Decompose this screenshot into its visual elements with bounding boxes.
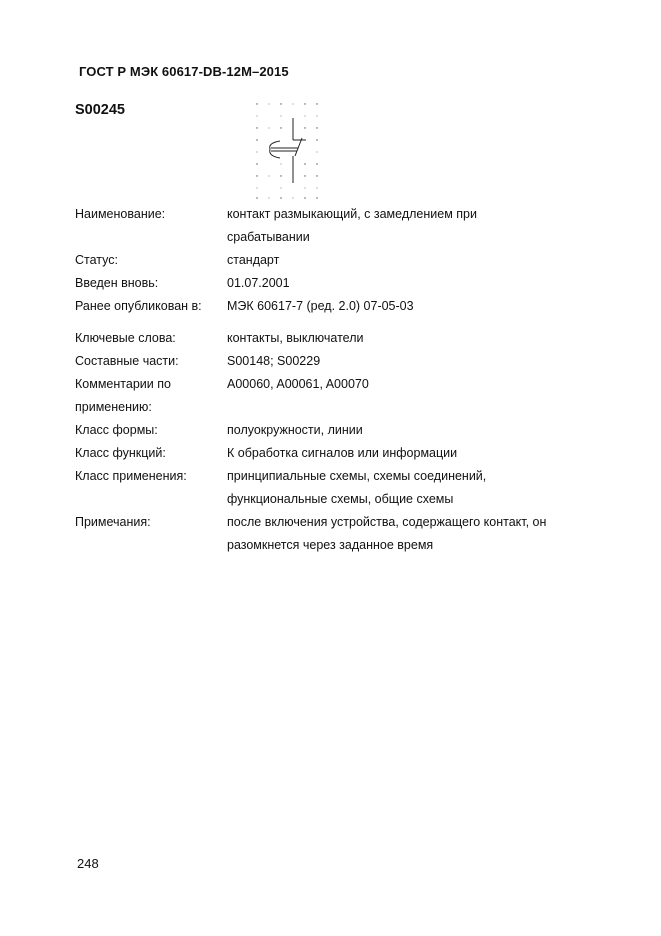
property-value-line: принципиальные схемы, схемы соединений, (227, 465, 595, 488)
property-value: после включения устройства, содержащего … (227, 511, 595, 557)
property-value: стандарт (227, 249, 595, 272)
property-value: МЭК 60617-7 (ред. 2.0) 07-05-03 (227, 295, 595, 318)
property-value: A00060, A00061, A00070 (227, 373, 595, 419)
property-row-status: Статус: стандарт (75, 249, 595, 272)
property-label: Класс применения: (75, 465, 227, 511)
symbol-code: S00245 (75, 102, 125, 118)
property-value-line: функциональные схемы, общие схемы (227, 488, 595, 511)
property-row-application-class: Класс применения: принципиальные схемы, … (75, 465, 595, 511)
property-row-introduced: Введен вновь: 01.07.2001 (75, 272, 595, 295)
property-label: Класс функций: (75, 442, 227, 465)
property-label: Статус: (75, 249, 227, 272)
property-value: полуокружности, линии (227, 419, 595, 442)
property-value-line: контакт размыкающий, с замедлением при (227, 203, 595, 226)
property-row-previously-published: Ранее опубликован в: МЭК 60617-7 (ред. 2… (75, 295, 595, 318)
property-row-shape-class: Класс формы: полуокружности, линии (75, 419, 595, 442)
delayed-break-contact-symbol-icon (250, 98, 325, 202)
property-value: контакты, выключатели (227, 327, 595, 350)
property-row-application-comments: Комментарии по применению: A00060, A0006… (75, 373, 595, 419)
property-value-line: срабатывании (227, 226, 595, 249)
property-value: контакт размыкающий, с замедлением при с… (227, 203, 595, 249)
property-row-components: Составные части: S00148; S00229 (75, 350, 595, 373)
property-value-line: разомкнется через заданное время (227, 534, 595, 557)
property-label: Класс формы: (75, 419, 227, 442)
property-value: S00148; S00229 (227, 350, 595, 373)
property-label: Наименование: (75, 203, 227, 249)
document-header-title: ГОСТ Р МЭК 60617-DB-12M–2015 (79, 64, 289, 79)
property-label: Введен вновь: (75, 272, 227, 295)
property-value: 01.07.2001 (227, 272, 595, 295)
property-label: Ранее опубликован в: (75, 295, 227, 318)
property-value-line: после включения устройства, содержащего … (227, 511, 595, 534)
property-value: принципиальные схемы, схемы соединений, … (227, 465, 595, 511)
property-value: К обработка сигналов или информации (227, 442, 595, 465)
page-number: 248 (77, 856, 99, 871)
property-label: Составные части: (75, 350, 227, 373)
property-row-function-class: Класс функций: К обработка сигналов или … (75, 442, 595, 465)
property-label: Примечания: (75, 511, 227, 557)
property-row-notes: Примечания: после включения устройства, … (75, 511, 595, 557)
property-label-line: применению: (75, 396, 227, 419)
property-label: Ключевые слова: (75, 327, 227, 350)
symbol-properties-table: Наименование: контакт размыкающий, с зам… (75, 203, 595, 557)
property-label-line: Комментарии по (75, 373, 227, 396)
property-label: Комментарии по применению: (75, 373, 227, 419)
property-row-keywords: Ключевые слова: контакты, выключатели (75, 327, 595, 350)
property-row-name: Наименование: контакт размыкающий, с зам… (75, 203, 595, 249)
